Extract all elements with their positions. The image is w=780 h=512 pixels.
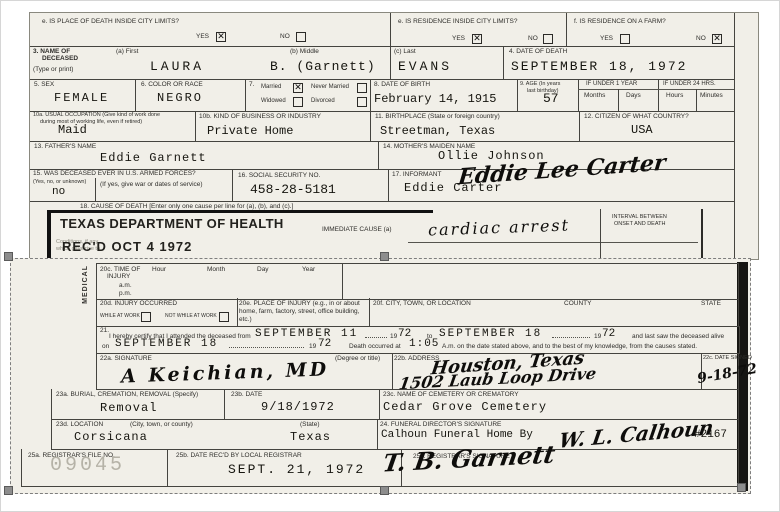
selection-handle[interactable]	[380, 486, 389, 495]
field-name-first-middle: (a) First LAURA (b) Middle B. (Garnett)	[112, 46, 391, 80]
field-birthplace: 11. BIRTHPLACE (State or foreign country…	[370, 111, 580, 142]
checkbox-while-at-work	[141, 312, 151, 322]
date-of-birth-value: February 14, 1915	[374, 92, 496, 106]
place-of-injury-label: 20e. PLACE OF INJURY (e.g., in or about …	[239, 300, 365, 323]
father-name-label: 13. FATHER'S NAME	[34, 143, 96, 151]
armed-forces-sublabel: (Yes, no, or unknown)	[33, 179, 86, 186]
under-1-year-months-label: Months	[584, 92, 605, 100]
citizenship-label: 12. CITIZEN OF WHAT COUNTRY?	[584, 113, 689, 121]
funeral-director-typed-value: Calhoun Funeral Home By	[381, 429, 533, 441]
time-of-injury-am-label: a.m.	[119, 282, 132, 290]
age-label-1: 9. AGE (In years	[520, 81, 560, 88]
under-24-hrs-minutes-label: Minutes	[700, 92, 723, 100]
certification-number: 21.	[100, 327, 109, 335]
registrar-received-value: SEPT. 21, 1972	[228, 462, 365, 477]
father-name-value: Eddie Garnett	[100, 151, 207, 165]
date-signed-label: 22c. DATE SIGNED	[703, 355, 752, 362]
under-24-hrs-label: IF UNDER 24 HRS.	[663, 81, 716, 88]
race-value: NEGRO	[157, 91, 203, 105]
field-residence-on-farm: f. IS RESIDENCE ON A FARM? YES NO ✕	[566, 13, 735, 47]
armed-forces-hint: (If yes, give war or dates of service)	[100, 181, 220, 189]
first-name-label: (a) First	[116, 48, 138, 56]
industry-value: Private Home	[207, 124, 293, 138]
middle-name-value: B. (Garnett)	[270, 59, 376, 74]
middle-name-label: (b) Middle	[290, 48, 319, 56]
marital-married-label: Married	[261, 84, 281, 91]
field-marital-status: 7. Married ✕ Never Married Widowed Divor…	[245, 79, 371, 112]
field-date-of-death: 4. DATE OF DEATH SEPTEMBER 18, 1972	[503, 46, 735, 80]
armed-forces-value: no	[52, 186, 65, 198]
disposition-state-value: Texas	[290, 430, 331, 444]
time-of-injury-year-label: Year	[302, 266, 315, 274]
field-if-under-1-year: IF UNDER 1 YEAR Months Days	[578, 79, 659, 112]
selection-handle[interactable]	[4, 252, 13, 261]
occupation-label-1: 10a. USUAL OCCUPATION (Give kind of work…	[33, 112, 160, 119]
certification-time-value: 1:05	[409, 338, 439, 350]
certificate-lower-scan: MEDICAL 20c. TIME OF INJURY a.m. p.m. Ho…	[10, 258, 751, 494]
disposition-state-sublabel: (State)	[300, 421, 320, 429]
marital-widowed-label: Widowed	[261, 98, 286, 105]
age-value: 57	[543, 91, 559, 106]
time-of-injury-pm-label: p.m.	[119, 290, 132, 298]
industry-label: 10b. KIND OF BUSINESS OR INDUSTRY	[199, 113, 321, 121]
cemetery-label: 23c. NAME OF CEMETERY OR CREMATORY	[383, 391, 519, 399]
last-name-value: EVANS	[398, 59, 452, 74]
residence-in-city-label: e. IS RESIDENCE INSIDE CITY LIMITS?	[398, 18, 517, 26]
field-residence-in-city: e. IS RESIDENCE INSIDE CITY LIMITS? YES …	[390, 13, 567, 47]
field-race: 6. COLOR OR RACE NEGRO	[135, 79, 246, 112]
field-disposition: 23a. BURIAL, CREMATION, REMOVAL (Specify…	[51, 389, 225, 420]
certification-to-year: 72	[602, 328, 615, 340]
field-injury-location: 20f. CITY, TOWN, OR LOCATION COUNTY STAT…	[369, 298, 739, 327]
checkbox-death-in-city-no	[296, 32, 306, 42]
funeral-director-label: 24. FUNERAL DIRECTOR'S SIGNATURE	[380, 421, 501, 429]
degree-or-title-label: (Degree or title)	[335, 355, 380, 363]
cemetery-value: Cedar Grove Cemetery	[383, 400, 547, 414]
under-1-year-label: IF UNDER 1 YEAR	[586, 81, 637, 88]
field-armed-forces: 15. WAS DECEASED EVER IN U.S. ARMED FORC…	[30, 169, 233, 202]
disposition-date-label: 23b. DATE	[231, 391, 262, 399]
field-citizenship: 12. CITIZEN OF WHAT COUNTRY? USA	[579, 111, 735, 142]
injury-state-label: STATE	[701, 300, 721, 308]
field-registrar-received: 25b. DATE REC'D BY LOCAL REGISTRAR SEPT.…	[166, 449, 402, 487]
field-ssn: 16. SOCIAL SECURITY NO. 458-28-5181	[232, 169, 389, 202]
marital-divorced-label: Divorced	[311, 98, 335, 105]
field-disposition-date: 23b. DATE 9/18/1972	[223, 389, 380, 420]
checkbox-not-while-at-work	[219, 312, 229, 322]
selection-handle[interactable]	[4, 486, 13, 495]
injury-county-label: COUNTY	[564, 300, 591, 308]
field-age: 9. AGE (In years last birthday) 57	[517, 79, 579, 112]
death-in-city-no-label: NO	[280, 33, 290, 41]
field-time-of-injury-entry	[341, 263, 739, 300]
field-injury-occurred: 20d. INJURY OCCURRED WHILE AT WORK NOT W…	[96, 298, 238, 327]
field-name-last: (c) Last EVANS	[390, 46, 504, 80]
selection-handle[interactable]	[737, 483, 746, 492]
checkbox-widowed	[293, 97, 303, 107]
occupation-label-2: during most of working life, even if ret…	[40, 119, 142, 126]
checkbox-residence-in-city-yes: ✕	[472, 34, 482, 44]
first-name-value: LAURA	[150, 59, 204, 74]
medical-certification-strip: MEDICAL	[79, 263, 97, 326]
citizenship-value: USA	[631, 123, 653, 137]
date-of-death-label: 4. DATE OF DEATH	[509, 48, 567, 56]
certification-from-date: SEPTEMBER 11	[255, 328, 358, 340]
certification-on-label: on	[102, 343, 109, 351]
sex-label: 5. SEX	[34, 81, 54, 89]
date-of-birth-label: 8. DATE OF BIRTH	[374, 81, 430, 89]
received-stamp-line1: TEXAS DEPARTMENT OF HEALTH	[60, 216, 284, 231]
field-time-of-injury: 20c. TIME OF INJURY a.m. p.m. Hour Month…	[96, 263, 343, 300]
certification-occurred-label: Death occurred at	[349, 343, 401, 351]
residence-in-city-yes-label: YES	[452, 35, 465, 43]
time-of-injury-hour-label: Hour	[152, 266, 166, 274]
armed-forces-label: 15. WAS DECEASED EVER IN U.S. ARMED FORC…	[33, 170, 196, 178]
checkbox-residence-on-farm-no: ✕	[712, 34, 722, 44]
certification-year-prefix-1: 19	[390, 333, 397, 341]
field-place-of-injury: 20e. PLACE OF INJURY (e.g., in or about …	[236, 298, 370, 327]
selection-handle[interactable]	[380, 252, 389, 261]
field-cemetery: 23c. NAME OF CEMETERY OR CREMATORY Cedar…	[379, 389, 739, 420]
field-industry: 10b. KIND OF BUSINESS OR INDUSTRY Privat…	[195, 111, 371, 142]
disposition-date-value: 9/18/1972	[261, 400, 335, 414]
certification-year-prefix-3: 19	[309, 343, 316, 351]
last-name-label: (c) Last	[394, 48, 416, 56]
field-occupation: 10a. USUAL OCCUPATION (Give kind of work…	[30, 111, 196, 142]
race-label: 6. COLOR OR RACE	[141, 81, 203, 89]
ssn-value: 458-28-5181	[250, 182, 336, 197]
field-sex: 5. SEX FEMALE	[30, 79, 136, 112]
time-of-injury-label-2: INJURY	[107, 273, 130, 281]
received-stamp-line2: REC'D OCT 4 1972	[62, 239, 192, 254]
field-death-in-city: e. IS PLACE OF DEATH INSIDE CITY LIMITS?…	[30, 13, 391, 47]
birthplace-value: Streetman, Texas	[380, 124, 495, 138]
name-sublabel: (Type or print)	[33, 66, 73, 74]
injury-location-label: 20f. CITY, TOWN, OR LOCATION	[373, 300, 471, 308]
scanned-death-certificate-view: e. IS PLACE OF DEATH INSIDE CITY LIMITS?…	[0, 0, 780, 512]
date-of-death-value: SEPTEMBER 18, 1972	[511, 59, 687, 74]
disposition-value: Removal	[100, 401, 157, 415]
certification-tail1: and last saw the deceased alive	[632, 333, 724, 341]
death-in-city-label: e. IS PLACE OF DEATH INSIDE CITY LIMITS?	[42, 18, 179, 26]
disposition-city-value: Corsicana	[74, 430, 148, 444]
disposition-location-label: 23d. LOCATION	[56, 421, 103, 429]
certification-to-date: SEPTEMBER 18	[439, 328, 542, 340]
time-of-injury-day-label: Day	[257, 266, 269, 274]
birthplace-label: 11. BIRTHPLACE (State or foreign country…	[375, 113, 500, 121]
certification-on-date: SEPTEMBER 18	[115, 338, 218, 350]
sex-value: FEMALE	[54, 91, 109, 105]
residence-in-city-no-label: NO	[528, 35, 538, 43]
medical-strip-label: MEDICAL	[82, 265, 89, 304]
time-of-injury-month-label: Month	[207, 266, 225, 274]
residence-on-farm-no-label: NO	[696, 35, 706, 43]
checkbox-married: ✕	[293, 83, 303, 93]
physician-signature-label: 22a. SIGNATURE	[100, 355, 152, 363]
checkbox-never-married	[357, 83, 367, 93]
occupation-value: Maid	[58, 123, 87, 137]
residence-on-farm-yes-label: YES	[600, 35, 613, 43]
injury-occurred-label: 20d. INJURY OCCURRED	[100, 300, 177, 308]
marital-label: 7.	[249, 81, 254, 89]
ssn-label: 16. SOCIAL SECURITY NO.	[238, 172, 320, 180]
not-while-at-work-label: NOT WHILE AT WORK	[165, 313, 217, 319]
immediate-cause-label: IMMEDIATE CAUSE (a)	[322, 226, 392, 234]
residence-on-farm-label: f. IS RESIDENCE ON A FARM?	[574, 18, 666, 26]
registrar-received-label: 25b. DATE REC'D BY LOCAL REGISTRAR	[176, 452, 302, 460]
while-at-work-label: WHILE AT WORK	[100, 313, 140, 319]
field-date-of-birth: 8. DATE OF BIRTH February 14, 1915	[370, 79, 518, 112]
disposition-location-sublabel: (City, town, or county)	[130, 421, 193, 429]
field-disposition-location: 23d. LOCATION (City, town, or county) Co…	[51, 419, 378, 450]
informant-label: 17. INFORMANT	[392, 171, 441, 179]
immediate-cause-value: cardiac arrest	[428, 216, 571, 240]
checkbox-residence-in-city-no	[543, 34, 553, 44]
field-certification: 21. I hereby certify that I attended the…	[96, 326, 740, 354]
field-if-under-24-hrs: IF UNDER 24 HRS. Hours Minutes	[658, 79, 735, 112]
checkbox-death-in-city-yes: ✕	[216, 32, 226, 42]
interval-label-1: INTERVAL BETWEEN	[612, 214, 667, 221]
under-24-hrs-hours-label: Hours	[666, 92, 683, 100]
certification-year-prefix-2: 19	[594, 333, 601, 341]
field-name-of-deceased-label: 3. NAME OF DECEASED (Type or print)	[30, 46, 112, 80]
interval-label-2: ONSET AND DEATH	[614, 221, 665, 228]
registrar-file-no-value: 09045	[50, 454, 125, 477]
field-father-name: 13. FATHER'S NAME Eddie Garnett	[30, 141, 379, 170]
checkbox-divorced	[357, 97, 367, 107]
certificate-upper-scan: e. IS PLACE OF DEATH INSIDE CITY LIMITS?…	[29, 12, 759, 260]
death-in-city-yes-label: YES	[196, 33, 209, 41]
checkbox-residence-on-farm-yes	[620, 34, 630, 44]
name-label-2: DECEASED	[42, 55, 78, 63]
field-registrar-file-no: 25a. REGISTRAR'S FILE NO. 09045	[21, 449, 168, 487]
disposition-label: 23a. BURIAL, CREMATION, REMOVAL (Specify…	[56, 391, 198, 399]
under-1-year-days-label: Days	[626, 92, 641, 100]
certification-on-year: 72	[318, 338, 331, 350]
marital-never-married-label: Never Married	[311, 84, 349, 91]
